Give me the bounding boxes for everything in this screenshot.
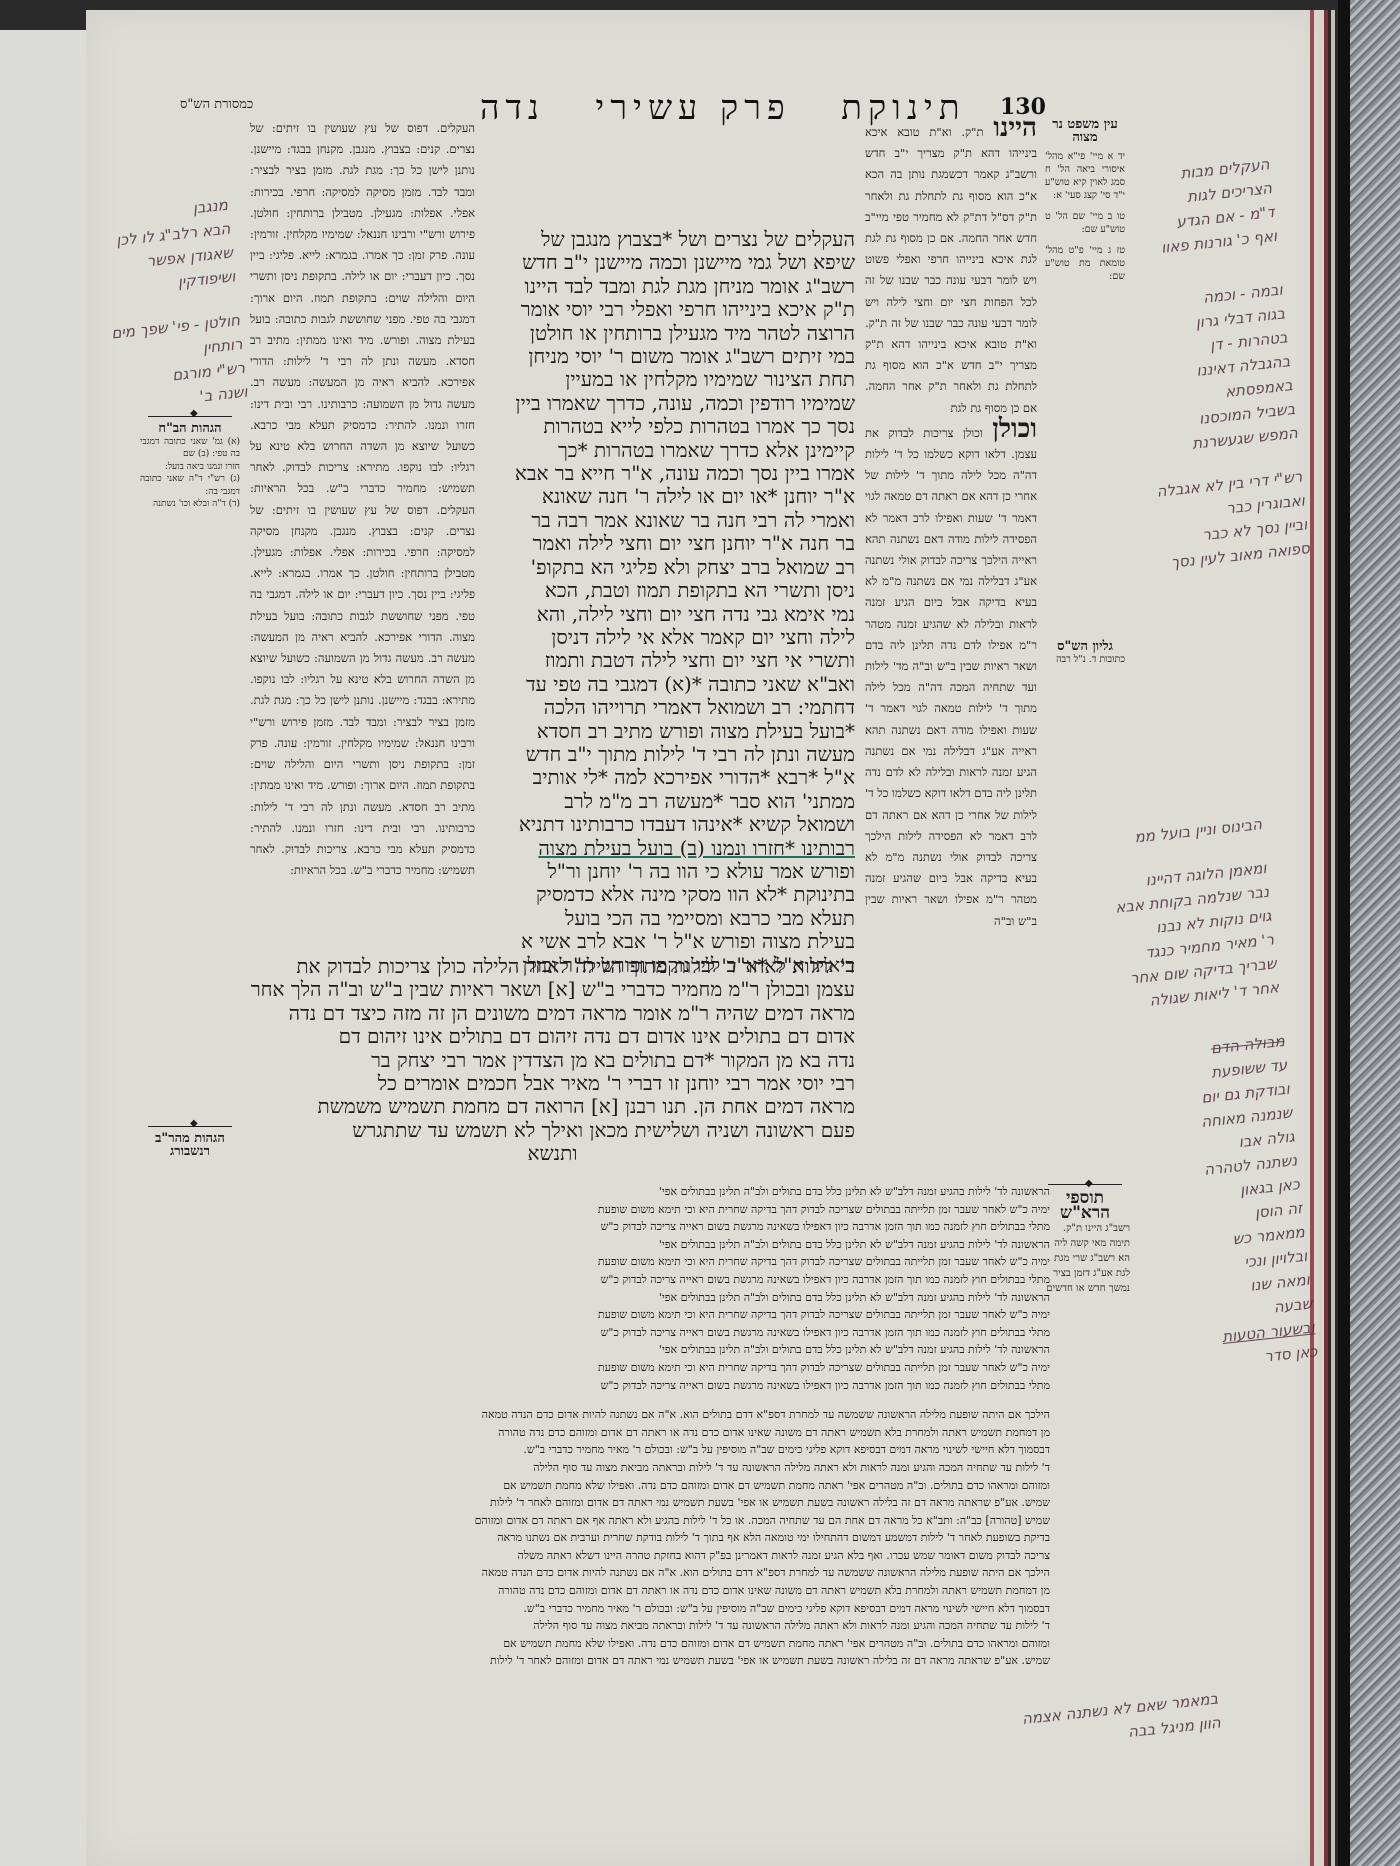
tosafot-line: של אחרי כן דהא אם ראתה דם [865, 808, 1009, 822]
tosafot-line: לכל הפחות חצי יום וחצי לילה [886, 295, 1037, 309]
gemara-line: ותנשא [250, 1142, 855, 1165]
gemara-line: שיפא ושל גמי מיישנן וכמה מיישנן י"ב חדש [485, 251, 855, 274]
gemara-line: ותשרי אי חצי יום וחצי לילה דטבת ותמוז [485, 649, 855, 672]
tosafot-line: אע"ג דבלילה נמי אם נשתנה [865, 744, 1005, 758]
hagahot-entry: (א) גמ' שאני כתובה דמגבי בה טפי: (ב) שם [140, 436, 240, 461]
gemara-line: ד' לילות לאחר ד' לילות מתוך הלילה לאחר ה… [250, 955, 855, 978]
commentary-line: ימיה כ"ש לאחר שעבר זמן תלייתה בבתולים שצ… [250, 1306, 1050, 1324]
hagahot-entry: חזרו ונמנו ביאה בועל: [140, 461, 240, 474]
gemara-line: בתינוקת *לא הוו מסקי מינה אלא כדמסיק [485, 883, 855, 906]
tosafot-line: ויש לומר דבעי עונה כבר שבנו של זה [865, 273, 1037, 287]
gilyon-text: כתובות ד. נ"ל רבה [1045, 653, 1125, 666]
gemara-line: עצמן ובכולן ר"מ מחמיר כדברי ב"ש [א] ושאר… [250, 978, 855, 1001]
tosafot-line: לדם נדה תלינן ליה בדם [865, 638, 981, 652]
rosh-line: נמשך חדש או חדשים [1040, 1281, 1130, 1296]
gemara-line: אדום דם בתולים אינו אדום דם נדה זיהום דם… [250, 1025, 855, 1048]
gemara-line: ואב"א שאני כתובה *(א) דמגבי בה טפי עד [485, 673, 855, 696]
commentary-line: בדיקת בשופעת לאחר ד' לילות דמשמע דמשום ד… [250, 1529, 1050, 1547]
gemara-line: אמרו ביין נסך וכמה עונה, א"ר חייא בר אבא [485, 462, 855, 485]
gemara-line: נדה בא מן המקור *דם בתולים בא מן הצדדין … [250, 1049, 855, 1072]
gemara-line: נסך כך אמרו בטהרות כלפי לייא בטהרות [485, 415, 855, 438]
tosafot-line: לרב דאמר לא הפסידה לילות [898, 829, 1037, 843]
ornament-divider [1048, 1184, 1122, 1185]
gemara-line: ופורש אמר עולא כי הוו בה ר' יוחנן ור"ל [485, 860, 855, 883]
commentary-line: מתלי בבתולים חוץ לזמנה כמו תוך הזמן אדרב… [250, 1271, 1050, 1289]
commentary-line: מתלי בבתולים חוץ לזמנה כמו תוך הזמן אדרב… [250, 1218, 1050, 1236]
tosafot-line: לגת איכא בינייהו חרפי ואפלי פשוט [865, 252, 1037, 266]
rosh-line: הא רשב"ג שרי מגת [1040, 1251, 1130, 1266]
chapter-number: פרק עשירי [595, 88, 790, 128]
gemara-line: ת"ק איכא בינייהו חרפי ואפלי רבי יוסי אומ… [485, 298, 855, 321]
tosafot-harosh-title: תוספי הרא"ש [1040, 1191, 1130, 1221]
commentary-line: מתלי בבתולים חוץ לזמנה כמו תוך הזמן אדרב… [250, 1324, 1050, 1342]
tosafot-column: היינו ת"ק. וא"ת טובא איכא בינייהו דהא ת"… [865, 118, 1037, 932]
commentary-line: מתלי בבתולים חוץ לזמנה כמו תוך הזמן אדרב… [250, 1377, 1050, 1395]
commentary-line: מן דמחמת תשמיש ראתה ולמחרת בלא תשמיש ראת… [250, 1582, 1050, 1600]
gemara-line: העקלים של נצרים ושל *בצבוץ מנגבן של [485, 228, 855, 251]
gemara-line: ואמרי לה רבי חנה בר שאונא אמר רבה בר [485, 509, 855, 532]
rosh-line: תימה מאי קשה ליה [1040, 1236, 1130, 1251]
gilyon-hashas: גליון הש"ס כתובות ד. נ"ל רבה [1045, 640, 1125, 666]
gemara-line: רבי יוסי אמר רבי יוחנן זו דברי ר' מאיר א… [250, 1072, 855, 1095]
commentary-line: דבסמוך דלא חיישי לשינוי מראה דמים דבסיפא… [250, 1441, 1050, 1459]
gemara-line: קיימינן אלא כדרך שאמרו בטהרות *כך [485, 439, 855, 462]
commentary-line: הילכך אם היתה שופעת מלילה הראשונה ששמשה … [250, 1564, 1050, 1582]
hagahot-entry: (ג) רש"י ד"ה שאני כתובה דמגבי בה: [140, 473, 240, 498]
ornament-divider [148, 1126, 232, 1127]
commentary-line: הראשונה לד' לילות בהגיע זמנה דלב"ש לא תל… [250, 1183, 1050, 1201]
commentary-line: שמיש. אע"פ שראתה מראה דם זה בלילה ראשונה… [250, 1652, 1050, 1670]
hagahot-maharsha: הגהות מהר"ב רנשבורג [140, 1120, 240, 1158]
rosh-line: לגת אע"ג דזמן בציר [1040, 1266, 1130, 1281]
gemara-line: *בועל בעילת מצוה ופורש מתיב רב חסדא [485, 720, 855, 743]
commentary-line: שמיש. אע"פ שראתה מראה דם זה בלילה ראשונה… [250, 1494, 1050, 1512]
rosh-line: רשב"ג היינו ת"ק. [1040, 1221, 1130, 1236]
gemara-line: ושמואל קשיא *אינהו דעבדו כרבותינו דתניא [485, 813, 855, 836]
tosafot-line: ושאר ראיות שבין ב"ש וב"ה [912, 659, 1037, 673]
gilyon-title: גליון הש"ס [1045, 640, 1125, 653]
commentary-line: הילכך אם היתה שופעת מלילה הראשונה ששמשה … [250, 1406, 1050, 1424]
tosafot-section-heading: וכולן [992, 414, 1037, 444]
tractate-name: נדה [480, 88, 545, 128]
tosafot-line: דלאו דוקא כשלמו כל ד' לילות [865, 447, 1006, 461]
gemara-line: מעשה ונתן לה רבי ד' לילות מתוך י"ב חדש [485, 743, 855, 766]
gemara-line: א"ל *רבא *הדורי אפירכא למה *לי אותיב [485, 766, 855, 789]
hagahot-title: הגהות הב"ח [140, 423, 240, 436]
commentary-line: צריכה לבדוק משום דאומר שמש עכרו. ואף בלא… [250, 1547, 1050, 1565]
gemara-line: בר חנה א"ר יוחנן חצי יום וחצי לילה ואמר [485, 532, 855, 555]
gemara-line: א"ר יוחנן *או יום או לילה ר' חנה שאונא [485, 485, 855, 508]
tosafot-line: הילכך צריכה לבדוק אולי נשתנה [865, 553, 1008, 567]
gemara-line: בעילת מצוה ופורש א"ל ר' אבא לרב אשי א [485, 930, 855, 953]
tosafot-line: אע"ג דבלילה נמי אם נשתנה [906, 574, 1037, 588]
commentary-line: ימיה כ"ש לאחר שעבר זמן תלייתה בבתולים שצ… [250, 1201, 1050, 1219]
page-edge-stripe [1318, 10, 1322, 1866]
commentary-line: שמיש [טהורה] כב"ה: ותב"א כל מראה דם אחת … [250, 1512, 1050, 1530]
left-header: כמסורת הש"ס [180, 96, 253, 112]
gemara-line: מראה דמים שהיה ר"מ אומר מראה דמים משונים… [250, 1002, 855, 1025]
hagahot-habach: הגהות הב"ח (א) גמ' שאני כתובה דמגבי בה ט… [140, 410, 240, 511]
gemara-wide-section: ד' לילות לאחר ד' לילות מתוך הלילה לאחר ה… [250, 955, 855, 1166]
commentary-line: הראשונה לד' לילות בהגיע זמנה דלב"ש לא תל… [250, 1289, 1050, 1307]
commentary-line: ד' לילות עד שתחיה המכה והגיע ומנה לראות … [250, 1459, 1050, 1477]
page-edge-stripe [1331, 10, 1335, 1866]
tosafot-line: ורשב"ג קאמר דכשמגת נותן בה הכא [865, 167, 1037, 181]
bottom-commentary: הראשונה לד' לילות בהגיע זמנה דלב"ש לא תל… [250, 1183, 1050, 1670]
gemara-line: נמי אימא גבי נדה חצי יום וחצי לילה, והא [485, 603, 855, 626]
ornament-divider [148, 416, 232, 417]
gemara-line: ממתני' הוא סבר *מעשה רב מ"מ לרב [485, 790, 855, 813]
page-edge-stripe [1310, 10, 1314, 1866]
commentary-line: הראשונה לד' לילות בהגיע זמנה דלב"ש לא תל… [250, 1236, 1050, 1254]
gemara-line: ניסן ותשרי הא בתקופת תמוז וטבת, הכא [485, 579, 855, 602]
gemara-line: דחתמי: רב ושמואל דאמרי תרוייהו הלכה [485, 696, 855, 719]
previous-page-edge [0, 30, 88, 1866]
commentary-line: ומזוהם ומראהו כדם בתולים. וב"ה מטהרים אפ… [250, 1635, 1050, 1653]
commentary-line: ימיה כ"ש לאחר שעבר זמן תלייתה בבתולים שצ… [250, 1359, 1050, 1377]
rashi-line: העקלים. דפוס של עץ שעושין בו זיתים: של נ… [250, 503, 475, 538]
gemara-line: שמימיו רודפין וכמה, עונה, כדרך שאמרו ביי… [485, 392, 855, 415]
gemara-column: העקלים של נצרים ושל *בצבוץ מנגבן של שיפא… [485, 228, 855, 977]
gemara-line: לילה וחצי יום קאמר אלא אי לילה דניסן [485, 626, 855, 649]
gemara-line: במי זיתים רשב"ג אומר משום ר' יוסי מניחן [485, 345, 855, 368]
tosafot-lead-word: היינו [993, 113, 1037, 143]
gemara-line: הרוצה לטהר מיד מגעילן ברותחין או חולטן [485, 322, 855, 345]
tosafot-line: אחר החמה. אם כן מסוף גת לגת [865, 231, 1012, 245]
rashi-column: העקלים. דפוס של עץ שעושין בו זיתים: של נ… [250, 118, 475, 881]
commentary-line: הראשונה לד' לילות בהגיע זמנה דלב"ש לא תל… [250, 1341, 1050, 1359]
hagahot-maharsha-title: הגהות מהר"ב רנשבורג [140, 1133, 240, 1158]
book-binding [1338, 0, 1350, 1866]
commentary-line: ומזוהם ומראהו כדם בתולים. וב"ה מטהרים אפ… [250, 1477, 1050, 1495]
handwritten-notes-left: מנגבן הבא רלב"ג לו לכן שאגודן אפשר ושיפו… [77, 193, 248, 420]
tosafot-line: הגיע זמנה לראות ובלילה לא [909, 765, 1037, 779]
gemara-line: פעם ראשונה ושניה ושלישית מכאן ואילך לא ת… [250, 1119, 855, 1142]
commentary-line: ימיה כ"ש לאחר שעבר זמן תלייתה בבתולים שצ… [250, 1253, 1050, 1271]
gemara-line: מראה דמים אחת הן. תנו רבנן [א] הרואה דם … [250, 1095, 855, 1118]
tosafot-line: דה"ה מכל לילה מתוך ד' לילות [885, 468, 1037, 482]
gemara-line: תחת הצינור שמימיו מקלחין או במעיין [485, 368, 855, 391]
gemara-line: תעלא מבי כרבא ומסיימי בה הכי בועל [485, 907, 855, 930]
ein-mishpat-title: עין משפט נר מצוה [1045, 118, 1125, 144]
commentary-line: דבסמוך דלא חיישי לשינוי מראה דמים דבסיפא… [250, 1600, 1050, 1618]
gemara-line: רשב"ג אומר מניחן מגת לגת ומבד לבד היינו [485, 275, 855, 298]
commentary-line: ד' לילות עד שתחיה המכה והגיע ומנה לראות … [250, 1617, 1050, 1635]
gemara-line: רב שמואל ברב יצחק ולא פליגי הא בתקופ' [485, 556, 855, 579]
gemara-line: רבותינו *חזרו ונמנו (ב) בועל בעילת מצוה [485, 837, 855, 860]
commentary-line: מן דמחמת תשמיש ראתה ולמחרת בלא תשמיש ראת… [250, 1424, 1050, 1442]
tosafot-harosh: תוספי הרא"ש רשב"ג היינו ת"ק. תימה מאי קש… [1040, 1178, 1130, 1296]
hagahot-entry: (ד) ד"ה ובלא וכו' נשתנה [140, 498, 240, 511]
page-edge-stripe [1324, 10, 1328, 1866]
